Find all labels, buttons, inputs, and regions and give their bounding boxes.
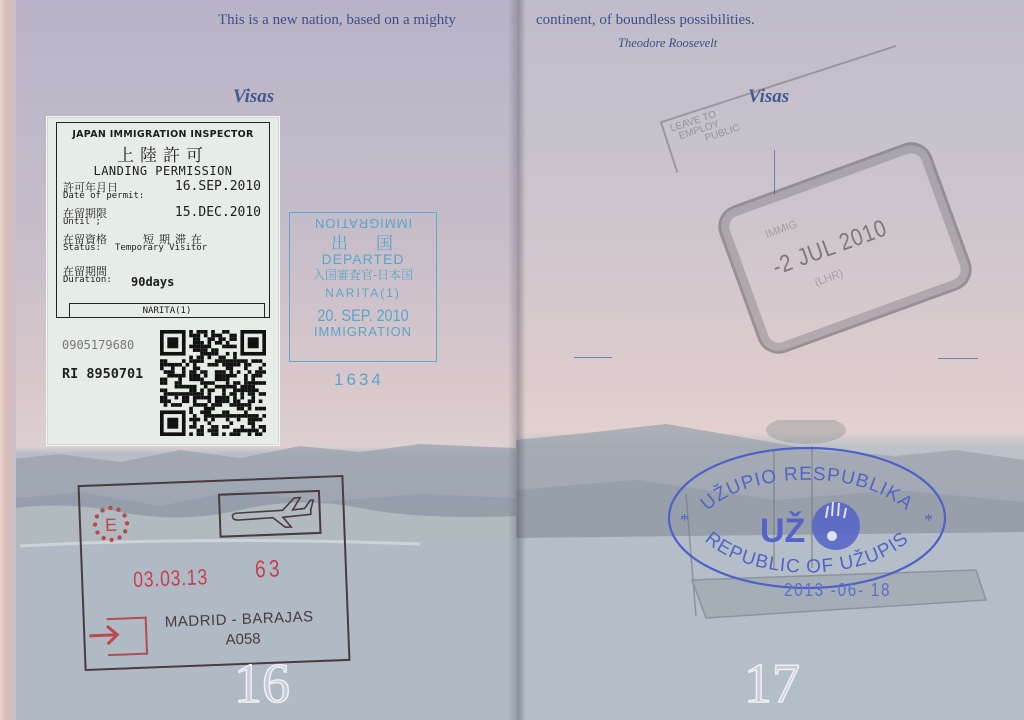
svg-text:*: * [680,510,689,530]
status-row: 在留資格 短期滞在 Status: Temporary Visitor [57,230,269,256]
svg-text:E: E [105,515,118,535]
guide-mark [938,358,978,359]
svg-text:UŽ: UŽ [760,512,805,550]
book-gutter [508,0,526,720]
sticker-id-area: 0905179680 RI 8950701 [48,320,278,444]
until-date: 15.DEC.2010 [175,205,261,220]
svg-text:REPUBLIC OF UŽUPIS: REPUBLIC OF UŽUPIS [701,528,913,578]
svg-text:*: * [924,510,933,530]
entry-date: 03.03.13 [133,564,209,593]
departure-date: 20. SEP. 2010 [301,306,425,326]
until-date-row: 在留期限 Until ; 15.DEC.2010 [57,204,269,230]
uk-entry-stamp: IMMIG -2 JUL 2010 (LHR) [712,136,978,360]
visas-heading-left: Visas [233,86,274,108]
permit-label-en: Date of permit: [63,191,144,201]
duration-value: 90days [131,275,174,289]
madrid-barajas-stamp: E 03.03.13 63 MADRID - BARAJAS A058 [78,475,351,671]
port-name: MADRID - BARAJAS [165,608,314,631]
serial-number: 0905179680 [62,338,134,352]
stamp-bottom-text: IMMIGRATION [290,324,436,339]
page-17: continent, of boundless possibilities. T… [516,0,1024,720]
page-16: This is a new nation, based on a mighty … [0,0,516,720]
uzupis-date: 2013 -06- 18 [784,580,891,601]
departure-port: NARITA(1) [290,286,436,300]
inspector-header: JAPAN IMMIGRATION INSPECTOR [57,129,269,140]
landing-permission-box: JAPAN IMMIGRATION INSPECTOR 上陸許可 LANDING… [56,122,270,318]
narita-departure-stamp: IMMIGRATION 出国 DEPARTED 入国審査官-日本国 NARITA… [289,212,437,362]
status-value-en: Temporary Visitor [115,243,207,253]
title-english: LANDING PERMISSION [57,164,269,178]
until-label-en: Until ; [63,217,101,227]
status-label-en: Status: [63,243,101,253]
quote-author: Theodore Roosevelt [618,36,717,51]
eu-stars-icon: E [90,503,132,545]
duration-label-en: Duration: [63,275,112,285]
officer-number: 1634 [334,370,384,390]
title-japanese: 上陸許可 [57,141,269,166]
page-number-17: 17 [744,652,800,716]
gate-code: A058 [225,630,261,648]
duration-row: 在留期間 Duration: 90days [57,262,269,288]
page-edge [0,0,16,720]
airplane-icon [218,490,322,538]
passport-spread: This is a new nation, based on a mighty … [0,0,1024,720]
permit-date: 16.SEP.2010 [175,179,261,194]
page-number-16: 16 [234,652,290,716]
authority-jp: 入国審査官-日本国 [290,266,436,283]
stamp-top-text: IMMIGRATION [290,216,436,231]
japan-landing-permission-sticker: JAPAN IMMIGRATION INSPECTOR 上陸許可 LANDING… [47,117,279,445]
svg-text:UŽUPIO RESPUBLIKA: UŽUPIO RESPUBLIKA [697,464,917,515]
quote-left: This is a new nation, based on a mighty [218,12,456,29]
guide-mark [574,357,612,358]
permit-date-row: 許可年月日 Date of permit: 16.SEP.2010 [57,178,269,204]
port-of-entry: NARITA(1) [69,303,265,318]
qr-code-icon [160,330,266,436]
ri-number: RI 8950701 [62,366,143,382]
entry-arrow-icon [107,617,148,657]
quote-right: continent, of boundless possibilities. [536,12,755,29]
uk-stamp-faint-bottom: (LHR) [813,268,845,289]
uzupis-stamp: UŽUPIO RESPUBLIKA REPUBLIC OF UŽUPIS * *… [666,444,948,592]
guide-mark [774,150,775,195]
uk-stamp-faint-top: IMMIG [764,218,799,241]
officer-code: 63 [254,555,283,584]
